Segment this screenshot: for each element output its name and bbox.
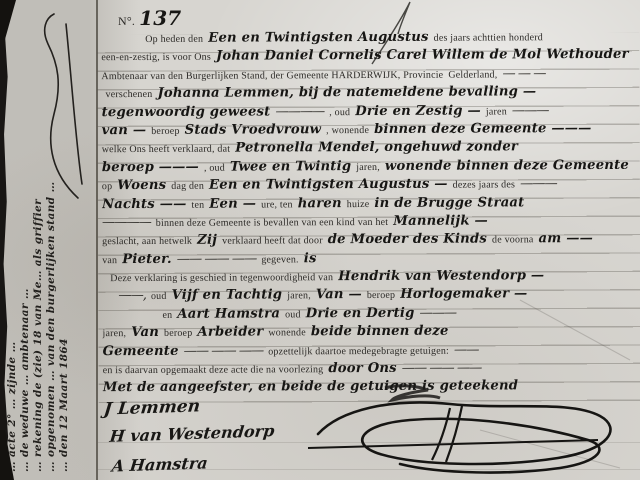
handwritten-text: Aart Hamstra — [177, 306, 280, 321]
form-line: tegenwoordig geweest————, oudDrie en Zes… — [102, 100, 638, 121]
printed-text: van — [102, 255, 117, 266]
printed-text: geslacht, aan hetwelk — [102, 236, 192, 247]
printed-text: wonende — [268, 328, 306, 339]
handwritten-text: de Moeder des Kinds — [328, 232, 487, 248]
margin-annotation: … acte 2° … zijnde …… de weduwe … ambten… — [6, 0, 96, 480]
printed-text: jaren, — [287, 291, 311, 302]
form-line: van —beroepStads Vroedvrouw, wonendebinn… — [102, 119, 638, 140]
form-line: Deze verklaring is geschied in tegenwoor… — [102, 266, 638, 287]
handwritten-text: Horlogemaker — — [400, 287, 527, 303]
margin-signature-flourish — [32, 8, 90, 204]
act-number-value: 137 — [139, 6, 181, 30]
signature-witness1: H van Westendorp — [109, 421, 276, 446]
printed-text: Ambtenaar van den Burgerlijken Stand, de… — [101, 69, 443, 81]
handwritten-text: Nachts —— — [102, 196, 187, 211]
printed-text: ten — [191, 199, 204, 210]
signature-witness2: A Hamstra — [111, 453, 209, 475]
handwritten-text: haren — [298, 196, 342, 211]
handwritten-text: wonende binnen deze Gemeente — [385, 158, 629, 174]
printed-text: beroep — [367, 290, 395, 301]
handwritten-text: Drie en Zestig — — [355, 103, 481, 119]
handwritten-text: Hendrik van Westendorp — — [338, 268, 544, 284]
handwritten-text: Zij — [197, 233, 217, 248]
handwritten-text: am —— — [538, 231, 593, 246]
margin-note-line: … de weduwe … ambtenaar … — [19, 0, 32, 472]
handwritten-text: beide binnen deze — [311, 324, 449, 340]
printed-text: beroep — [164, 328, 192, 339]
handwritten-text: Drie en Dertig — [306, 306, 415, 321]
printed-text: ure, ten — [261, 199, 293, 210]
handwritten-text: Een en Twintigsten Augustus — — [209, 177, 448, 193]
form-line: Op heden denEen en Twintigsten Augustusd… — [101, 27, 637, 48]
printed-text: binnen deze Gemeente is bevallen van een… — [156, 217, 389, 229]
act-number-prefix: N°. — [118, 14, 135, 28]
form-line: en is daarvan opgemaakt deze acte die na… — [103, 358, 639, 379]
printed-text: oud — [151, 291, 167, 302]
form-line: welke Ons heeft verklaard, datPetronella… — [102, 137, 638, 158]
form-line: een-en-zestig, is voor OnsJohan Daniel C… — [101, 45, 637, 66]
printed-text: Deze verklaring is geschied in tegenwoor… — [110, 272, 333, 284]
printed-text: , oud — [204, 162, 225, 173]
printed-text: en — [162, 310, 172, 321]
handwritten-text: Van — — [316, 288, 362, 303]
handwritten-text: beroep ——— — [102, 159, 199, 174]
handwritten-text: door Ons — [328, 361, 397, 376]
official-signature: de Mol — [300, 382, 630, 478]
signature-declarant: J Lemmen — [103, 396, 201, 419]
act-number: N°. 137 — [118, 6, 181, 30]
printed-text: Gelderland, — [448, 69, 497, 80]
handwritten-text: is — [304, 251, 317, 266]
scanned-birth-record-page: … acte 2° … zijnde …… de weduwe … ambten… — [0, 0, 640, 480]
margin-note-line: … acte 2° … zijnde … — [6, 0, 19, 472]
printed-text: opzettelijk daartoe medegebragte getuige… — [268, 345, 449, 357]
printed-text: des jaars achttien honderd — [434, 32, 543, 43]
printed-text: , oud — [329, 107, 350, 118]
printed-text: jaren — [486, 106, 507, 117]
printed-text: en is daarvan opgemaakt deze acte die na… — [103, 364, 324, 376]
handwritten-text: Stads Vroedvrouw — [185, 122, 322, 138]
form-line: Nachts ——tenEen —ure, tenharenhuizein de… — [102, 192, 638, 213]
form-line: beroep ———, oudTwee en Twintigjaren,wone… — [102, 156, 638, 177]
handwritten-text: —— —— —— — [177, 251, 257, 266]
handwritten-text: Vijf en Tachtig — [172, 288, 283, 303]
form-line: jaren,VanberoepArbeiderwonendebeide binn… — [102, 321, 638, 342]
handwritten-text: ——, — [118, 288, 146, 303]
printed-text: verschenen — [105, 89, 152, 100]
handwritten-text: Van — [131, 325, 159, 340]
handwritten-text: ——— — [520, 176, 557, 191]
printed-text: oud — [285, 309, 301, 320]
handwritten-text: — — — — [502, 66, 545, 81]
form-line: enAart HamstraoudDrie en Dertig——— — [102, 303, 638, 324]
handwritten-text: Johanna Lemmen, bij de natemeldene beval… — [157, 84, 536, 101]
printed-text: gegeven. — [261, 254, 298, 265]
printed-text: de voorna — [492, 235, 534, 246]
form-line: verschenenJohanna Lemmen, bij de natemel… — [101, 82, 637, 103]
form-line: ————binnen deze Gemeente is bevallen van… — [102, 211, 638, 232]
handwritten-text: tegenwoordig geweest — [102, 104, 271, 120]
handwritten-text: van — — [102, 123, 147, 138]
handwritten-text: Twee en Twintig — [230, 159, 351, 175]
form-line: ——,oudVijf en Tachtigjaren,Van —beroepHo… — [102, 284, 638, 305]
handwritten-text: Johan Daniel Cornelis Carel Willem de Mo… — [216, 47, 629, 64]
form-line: geslacht, aan hetwelkZijverklaard heeft … — [102, 229, 638, 250]
handwritten-text: Petronella Mendel, ongehuwd zonder — [235, 140, 518, 156]
handwritten-text: Pieter. — [122, 252, 172, 267]
printed-text: , wonende — [326, 125, 369, 136]
handwritten-text: —— —— —— — [184, 343, 264, 358]
printed-text: jaren, — [356, 162, 380, 173]
printed-text: huize — [347, 199, 370, 210]
handwritten-text: —— —— —— — [402, 361, 482, 376]
printed-text: dezes jaars des — [453, 179, 515, 190]
handwritten-text: Mannelijk — — [393, 213, 488, 228]
handwritten-text: Arbeider — [197, 325, 263, 340]
printed-text: verklaard heeft dat door — [222, 236, 323, 247]
form-line: opWoensdag denEen en Twintigsten Augustu… — [102, 174, 638, 195]
handwritten-text: Gemeente — [103, 343, 179, 358]
handwritten-text: ———— — [102, 215, 151, 230]
handwritten-text: Een — — [209, 196, 256, 211]
handwritten-text: binnen deze Gemeente ——— — [374, 121, 592, 137]
form-line: Ambtenaar van den Burgerlijken Stand, de… — [101, 64, 637, 85]
printed-text: beroep — [151, 126, 179, 137]
act-body-text: Op heden denEen en Twintigsten Augustusd… — [101, 27, 639, 397]
printed-text: Op heden den — [145, 34, 203, 45]
handwritten-text: Een en Twintigsten Augustus — [208, 30, 429, 46]
printed-text: welke Ons heeft verklaard, dat — [102, 144, 230, 156]
form-line: vanPieter.—— —— ——gegeven.is — [102, 248, 638, 269]
handwritten-text: ——— — [512, 103, 549, 118]
handwritten-text: in de Brugge Straat — [374, 195, 524, 211]
handwritten-text: —— — [454, 342, 478, 357]
printed-text: op — [102, 181, 112, 192]
margin-rule-line — [96, 0, 98, 480]
printed-text: dag den — [171, 181, 204, 192]
printed-text: een-en-zestig, is voor Ons — [101, 52, 211, 63]
form-line: Gemeente—— —— ——opzettelijk daartoe mede… — [103, 339, 639, 360]
printed-text: jaren, — [103, 328, 127, 339]
handwritten-text: ——— — [419, 305, 456, 320]
handwritten-text: Woens — [117, 178, 166, 193]
handwritten-text: ———— — [275, 104, 324, 119]
